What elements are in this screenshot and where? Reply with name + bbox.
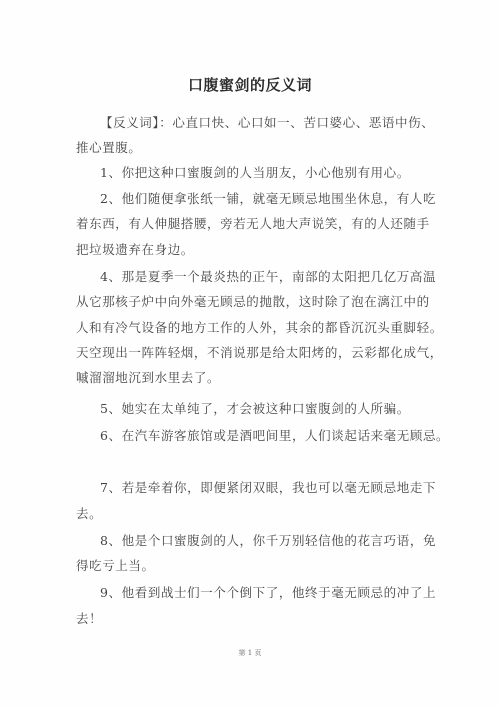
sentence-6-line-1: 6、在汽车游客旅馆或是酒吧间里，人们谈起话来毫无顾忌。 xyxy=(100,428,449,444)
document-page: 口腹蜜剑的反义词 【反义词】：心直口快、心口如一、苦口婆心、恶语中伤、 推心置腹… xyxy=(0,0,500,708)
sentence-2-line-2: 着东西，有人伸腿搭腰，旁若无人地大声说笑，有的人还随手 xyxy=(76,216,430,232)
sentence-9-line-1: 9、他看到战士们一个个倒下了，他终于毫无顾忌的冲了上 xyxy=(100,585,436,601)
sentence-7-line-1: 7、若是牵着你，即便紧闭双眼，我也可以毫无顾忌地走下 xyxy=(100,480,436,496)
document-title: 口腹蜜剑的反义词 xyxy=(0,74,500,95)
sentence-4-line-2: 从它那核子炉中向外毫无顾忌的抛散，这时除了泡在漓江中的 xyxy=(76,294,430,310)
sentence-8-line-1: 8、他是个口蜜腹剑的人，你千万别轻信他的花言巧语，免 xyxy=(100,533,436,549)
sentence-2-line-3: 把垃圾遗弃在身边。 xyxy=(76,242,194,258)
paragraph-antonyms-line-1: 【反义词】：心直口快、心口如一、苦口婆心、恶语中伤、 xyxy=(100,115,434,131)
sentence-8-line-2: 得吃亏上当。 xyxy=(76,558,155,574)
sentence-4-line-3: 人和有冷气设备的地方工作的人外，其余的都昏沉沉头重脚轻。 xyxy=(76,320,443,336)
paragraph-antonyms-line-2: 推心置腹。 xyxy=(76,140,142,156)
sentence-1-line-1: 1、你把这种口蜜腹剑的人当朋友，小心他别有用心。 xyxy=(100,165,410,181)
page-number: 第 1 页 xyxy=(0,648,500,658)
sentence-2-line-1: 2、他们随便拿张纸一铺，就毫无顾忌地围坐休息，有人吃 xyxy=(100,191,436,207)
sentence-5-line-1: 5、她实在太单纯了，才会被这种口蜜腹剑的人所骗。 xyxy=(100,401,410,417)
sentence-4-line-1: 4、那是夏季一个最炎热的正午，南部的太阳把几亿万高温 xyxy=(100,269,436,285)
sentence-7-line-2: 去。 xyxy=(76,506,102,522)
sentence-4-line-5: 嘁溜溜地沉到水里去了。 xyxy=(76,370,220,386)
sentence-4-line-4: 天空现出一阵阵轻烟，不消说那是给太阳烤的，云彩都化成气， xyxy=(76,345,443,361)
sentence-9-line-2: 去！ xyxy=(76,611,102,627)
